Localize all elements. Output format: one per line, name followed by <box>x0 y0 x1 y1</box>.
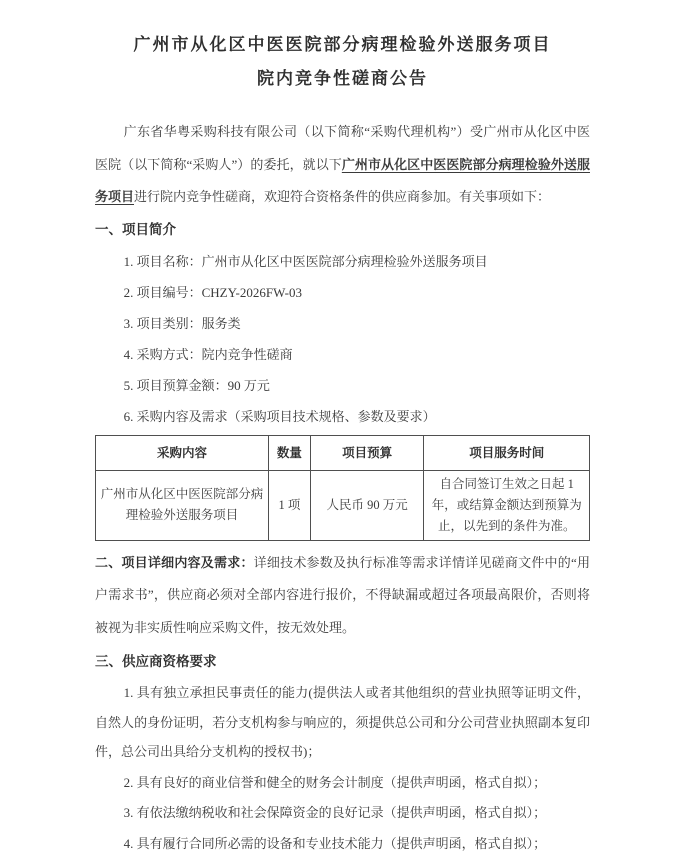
section1-item-project-category: 3. 项目类别：服务类 <box>95 308 590 339</box>
section2-paragraph: 二、项目详细内容及需求：详细技术参数及执行标准等需求详情详见磋商文件中的“用户需… <box>95 547 590 645</box>
table-row: 广州市从化区中医医院部分病理检验外送服务项目 1 项 人民币 90 万元 自合同… <box>96 470 590 540</box>
document-title-line-2: 院内竞争性磋商公告 <box>95 62 590 96</box>
section3-item-tax-social-security: 3. 有依法缴纳税收和社会保障资金的良好记录（提供声明函，格式自拟）； <box>95 798 590 828</box>
document-title: 广州市从化区中医医院部分病理检验外送服务项目 院内竞争性磋商公告 <box>95 28 590 96</box>
table-header-service-time: 项目服务时间 <box>424 435 590 470</box>
section3-item-commercial-reputation: 2. 具有良好的商业信誉和健全的财务会计制度（提供声明函，格式自拟）； <box>95 768 590 798</box>
section1-item-content-requirements: 6. 采购内容及需求（采购项目技术规格、参数及要求） <box>95 401 590 432</box>
section1-item-procurement-method: 4. 采购方式：院内竞争性磋商 <box>95 339 590 370</box>
table-cell-quantity: 1 项 <box>268 470 310 540</box>
section3-heading: 三、供应商资格要求 <box>95 646 590 677</box>
table-header-row: 采购内容 数量 项目预算 项目服务时间 <box>96 435 590 470</box>
section3-item-equipment-capability: 4. 具有履行合同所必需的设备和专业技术能力（提供声明函，格式自拟）； <box>95 829 590 859</box>
table-cell-procurement-content: 广州市从化区中医医院部分病理检验外送服务项目 <box>96 470 269 540</box>
section1-item-budget-amount: 5. 项目预算金额：90 万元 <box>95 370 590 401</box>
document-title-line-1: 广州市从化区中医医院部分病理检验外送服务项目 <box>95 28 590 62</box>
table-header-procurement-content: 采购内容 <box>96 435 269 470</box>
intro-text-post: 进行院内竞争性磋商，欢迎符合资格条件的供应商参加。有关事项如下： <box>134 189 550 204</box>
procurement-summary-table: 采购内容 数量 项目预算 项目服务时间 广州市从化区中医医院部分病理检验外送服务… <box>95 435 590 541</box>
table-cell-service-time: 自合同签订生效之日起 1 年，或结算金额达到预算为止，以先到的条件为准。 <box>424 470 590 540</box>
section3-item-civil-liability: 1. 具有独立承担民事责任的能力(提供法人或者其他组织的营业执照等证明文件，自然… <box>95 678 590 767</box>
section1-item-project-name: 1. 项目名称：广州市从化区中医医院部分病理检验外送服务项目 <box>95 246 590 277</box>
section2-heading: 二、项目详细内容及需求： <box>95 555 254 570</box>
section1-item-project-number: 2. 项目编号：CHZY-2026FW-03 <box>95 277 590 308</box>
table-header-quantity: 数量 <box>268 435 310 470</box>
intro-paragraph: 广东省华粤采购科技有限公司（以下简称“采购代理机构”）受广州市从化区中医医院（以… <box>95 116 590 214</box>
section1-heading: 一、项目简介 <box>95 214 590 246</box>
scanned-document-page: 广州市从化区中医医院部分病理检验外送服务项目 院内竞争性磋商公告 广东省华粤采购… <box>0 0 686 865</box>
table-cell-project-budget: 人民币 90 万元 <box>310 470 424 540</box>
table-header-project-budget: 项目预算 <box>310 435 424 470</box>
